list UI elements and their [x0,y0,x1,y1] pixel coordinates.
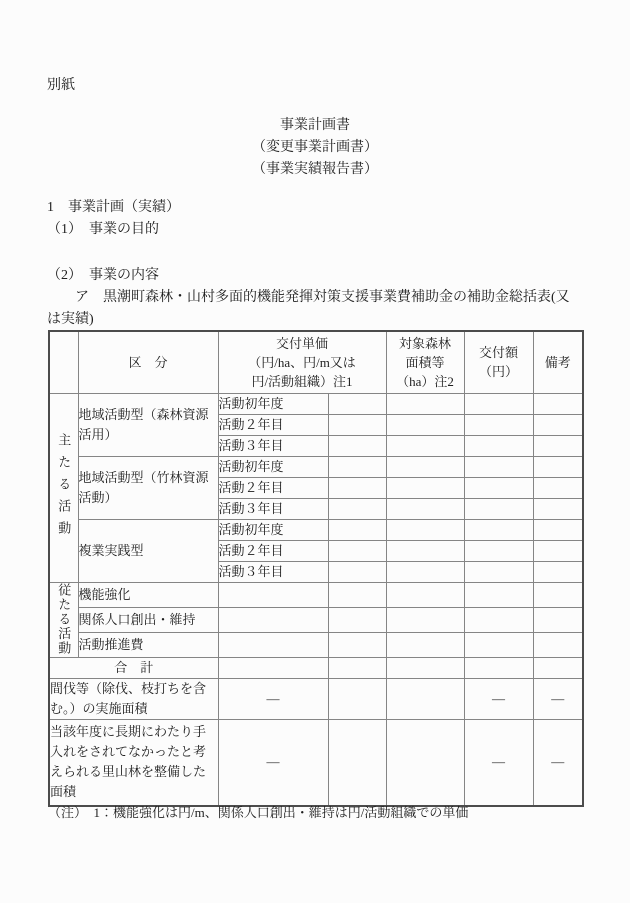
year-label: 活動初年度 [218,519,328,540]
amount-cell [464,561,533,582]
satoyama-amount-dash: ― [464,719,533,806]
thinning-unit-price-dash: ― [218,678,328,719]
category-related-population: 関係人口創出・維持 [78,607,218,632]
area-cell [386,607,464,632]
header-category: 区 分 [78,331,218,393]
secondary-activity-group-label: 従たる活動 [49,582,78,657]
header-target-area-line3: （ha）注2 [387,372,464,391]
remarks-cell [533,456,583,477]
area-cell [386,582,464,607]
amount-cell [464,456,533,477]
remarks-cell [533,414,583,435]
area-cell [386,657,464,678]
unit-price-cell [328,477,386,498]
amount-cell [464,519,533,540]
area-cell [386,519,464,540]
remarks-cell [533,498,583,519]
doc-subtitle-report: （事業実績報告書） [0,160,630,180]
item-a-line2: は実績) [47,310,94,330]
year-label: 活動２年目 [218,477,328,498]
amount-cell [464,632,533,657]
year-label: 活動初年度 [218,456,328,477]
year-label: 活動３年目 [218,435,328,456]
remarks-cell [533,519,583,540]
header-unit-price-line2: （円/ha、円/m又は [219,353,386,372]
year-label: 活動３年目 [218,498,328,519]
remarks-cell [533,582,583,607]
amount-cell [464,393,533,414]
sub-spacer-cell [218,607,328,632]
amount-cell [464,477,533,498]
satoyama-unit-price-dash: ― [218,719,328,806]
header-grant-amount-line1: 交付額 [465,343,533,362]
area-cell [386,456,464,477]
unit-price-cell [328,607,386,632]
unit-price-cell [328,540,386,561]
header-remarks: 備考 [533,331,583,393]
header-unit-price-line1: 交付単価 [219,334,386,353]
unit-price-cell [328,414,386,435]
remarks-cell [533,561,583,582]
total-row-label: 合 計 [49,657,218,678]
total-spacer-cell [218,657,328,678]
thinning-amount-dash: ― [464,678,533,719]
remarks-cell [533,393,583,414]
item-a-line1: ア 黒潮町森林・山村多面的機能発揮対策支援事業費補助金の補助金総括表(又 [47,288,570,308]
year-label: 活動２年目 [218,540,328,561]
year-label: 活動２年目 [218,414,328,435]
unit-price-cell [328,632,386,657]
unit-price-cell [328,456,386,477]
year-label: 活動初年度 [218,393,328,414]
unit-price-cell [328,657,386,678]
sub-spacer-cell [218,582,328,607]
thinning-remarks-dash: ― [533,678,583,719]
header-target-area-line1: 対象森林 [387,334,464,353]
thinning-area-label: 間伐等（除伐、枝打ちを含む。）の実施面積 [49,678,218,719]
header-unit-price: 交付単価 （円/ha、円/m又は 円/活動組織）注1 [218,331,386,393]
remarks-cell [533,435,583,456]
category-bamboo-resource: 地域活動型（竹林資源活動） [78,456,218,519]
area-cell [386,540,464,561]
doc-subtitle-change: （変更事業計画書） [0,138,630,158]
area-cell [386,561,464,582]
header-unit-price-line3: 円/活動組織）注1 [219,372,386,391]
header-grant-amount: 交付額 （円） [464,331,533,393]
section-1-heading: 1 事業計画（実績） [47,198,180,218]
area-cell [386,498,464,519]
main-activity-group-label: 主たる活動 [49,393,78,582]
category-function-enhancement: 機能強化 [78,582,218,607]
amount-cell [464,414,533,435]
area-cell [386,678,464,719]
area-cell [386,435,464,456]
doc-title: 事業計画書 [0,116,630,136]
unit-price-cell [328,719,386,806]
header-target-area-line2: 面積等 [387,353,464,372]
remarks-cell [533,632,583,657]
unit-price-cell [328,435,386,456]
category-forest-resource: 地域活動型（森林資源活用） [78,393,218,456]
area-cell [386,719,464,806]
subsidy-summary-table: 区 分 交付単価 （円/ha、円/m又は 円/活動組織）注1 対象森林 面積等 … [48,330,584,807]
satoyama-area-label: 当該年度に長期にわたり手入れをされてなかったと考えられる里山林を整備した面積 [49,719,218,806]
amount-cell [464,607,533,632]
area-cell [386,477,464,498]
satoyama-remarks-dash: ― [533,719,583,806]
document-page: 別紙 事業計画書 （変更事業計画書） （事業実績報告書） 1 事業計画（実績） … [0,0,630,903]
header-corner-cell [49,331,78,393]
category-multi-business: 複業実践型 [78,519,218,582]
remarks-cell [533,540,583,561]
amount-cell [464,582,533,607]
remarks-cell [533,477,583,498]
attachment-label: 別紙 [47,76,75,96]
amount-cell [464,540,533,561]
area-cell [386,632,464,657]
remarks-cell [533,607,583,632]
amount-cell [464,498,533,519]
amount-cell [464,435,533,456]
section-1-1-heading: （1） 事業の目的 [47,220,159,240]
header-grant-amount-line2: （円） [465,362,533,381]
remarks-cell [533,657,583,678]
amount-cell [464,657,533,678]
unit-price-cell [328,561,386,582]
unit-price-cell [328,678,386,719]
sub-spacer-cell [218,632,328,657]
header-target-area: 対象森林 面積等 （ha）注2 [386,331,464,393]
unit-price-cell [328,519,386,540]
footnote: （注） 1：機能強化は円/m、関係人口創出・維持は円/活動組織での単価 [48,803,468,823]
unit-price-cell [328,582,386,607]
unit-price-cell [328,498,386,519]
category-activity-promotion: 活動推進費 [78,632,218,657]
year-label: 活動３年目 [218,561,328,582]
section-1-2-heading: （2） 事業の内容 [47,266,159,286]
unit-price-cell [328,393,386,414]
area-cell [386,393,464,414]
area-cell [386,414,464,435]
